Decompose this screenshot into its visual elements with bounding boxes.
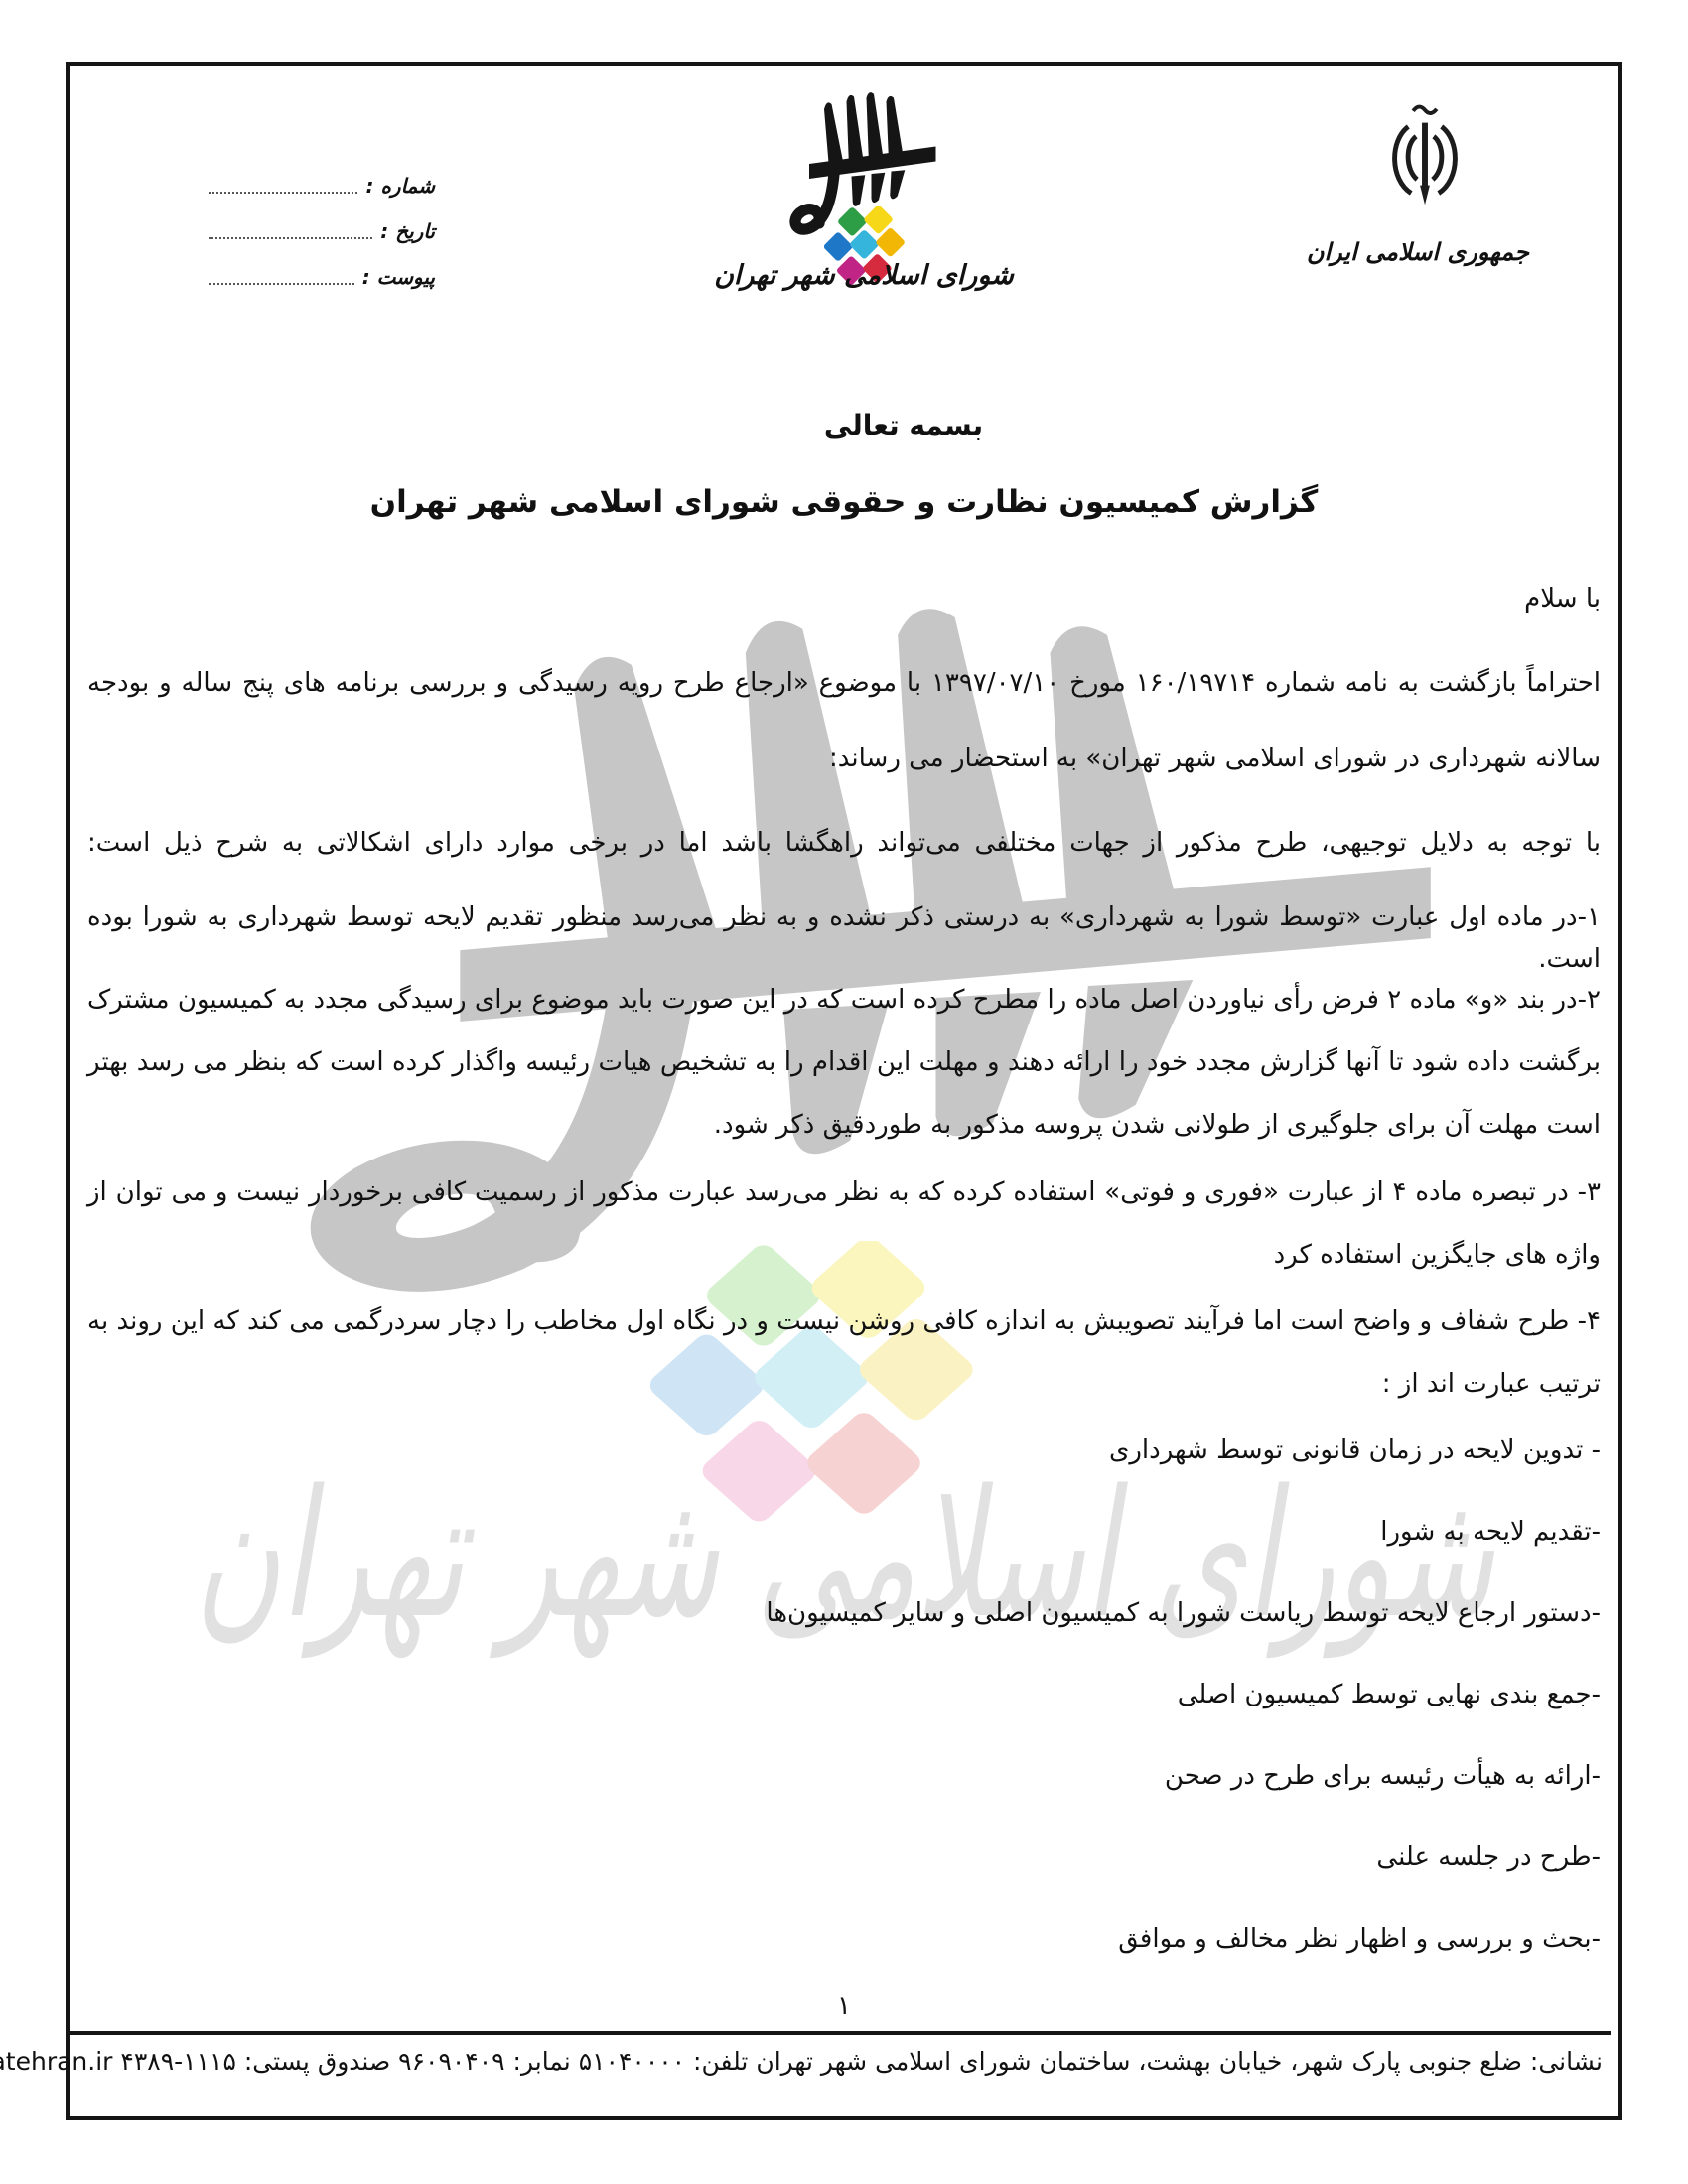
page-number: ۱ [0, 1991, 1688, 2021]
field-attachment-dotted-line [209, 263, 354, 285]
bismillah: بسمه تعالی [119, 409, 1688, 442]
footer-address-line: نشانی: ضلع جنوبی پارک شهر، خیابان بهشت، … [85, 2045, 1603, 2079]
paragraph-intro: احتراماً بازگشت به نامه شماره ۱۶۰/۱۹۷۱۴ … [87, 645, 1601, 796]
field-date-label: تاریخ : [380, 218, 435, 244]
issue-item-1: ۱-در ماده اول عبارت «توسط شورا به شهردار… [87, 896, 1601, 980]
reference-fields: شماره : تاریخ : پیوست : [207, 169, 435, 306]
process-steps-list: - تدوین لایحه در زمان قانونی توسط شهردار… [87, 1432, 1601, 2001]
iran-emblem-icon [1371, 97, 1478, 224]
letter-page: شورای اسلامی شهر تهران شماره : تاریخ : پ… [0, 0, 1688, 2184]
field-number-dotted-line [209, 172, 357, 194]
field-number-label: شماره : [365, 173, 435, 199]
issue-item-3: ۳- در تبصره ماده ۴ از عبارت «فوری و فوتی… [87, 1161, 1601, 1287]
process-step: -طرح در جلسه علنی [87, 1839, 1601, 1876]
field-attachment: پیوست : [207, 260, 435, 290]
process-step: -تقدیم لایحه به شورا [87, 1513, 1601, 1551]
iran-emblem: جمهوری اسلامی ایران [1321, 97, 1529, 266]
process-step: -ارائه به هیأت رئیسه برای طرح در صحن [87, 1757, 1601, 1795]
paragraph-assessment: با توجه به دلایل توجیهی، طرح مذکور از جه… [87, 822, 1601, 864]
council-logo-caption: شورای اسلامی شهر تهران [695, 260, 1033, 291]
field-date-dotted-line [209, 217, 372, 239]
field-date: تاریخ : [207, 214, 435, 244]
process-step: -جمع بندی نهایی توسط کمیسیون اصلی [87, 1676, 1601, 1713]
process-step: -بحث و بررسی و اظهار نظر مخالف و موافق [87, 1920, 1601, 1958]
council-logo: شورای اسلامی شهر تهران [695, 89, 1033, 253]
footer-separator [70, 2031, 1611, 2035]
issue-item-2: ۲-در بند «و» ماده ۲ فرض رأی نیاوردن اصل … [87, 969, 1601, 1157]
field-number: شماره : [207, 169, 435, 199]
process-step: - تدوین لایحه در زمان قانونی توسط شهردار… [87, 1432, 1601, 1469]
salutation: با سلام [87, 579, 1601, 618]
issue-item-4: ۴- طرح شفاف و واضح است اما فرآیند تصویبش… [87, 1291, 1601, 1416]
document-title: گزارش کمیسیون نظارت و حقوقی شورای اسلامی… [0, 484, 1688, 520]
field-attachment-label: پیوست : [362, 264, 435, 290]
process-step: -دستور ارجاع لایحه توسط ریاست شورا به کم… [87, 1594, 1601, 1632]
iran-emblem-caption: جمهوری اسلامی ایران [1321, 238, 1529, 266]
